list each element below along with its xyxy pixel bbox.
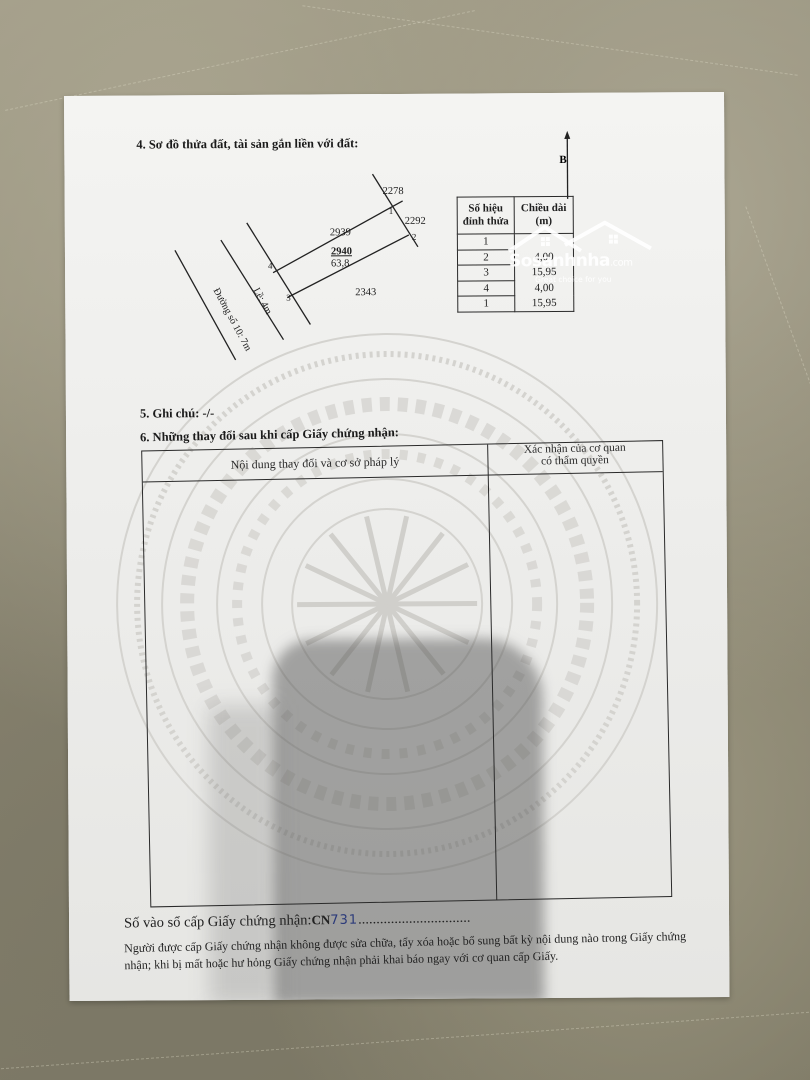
registry-handwritten-number: 731 <box>330 913 358 928</box>
registry-number-line: Số vào sổ cấp Giấy chứng nhận:CN731.....… <box>124 910 471 933</box>
neighbor-2939: 2939 <box>330 227 351 238</box>
table-row: 44,00 <box>458 280 574 296</box>
section-6-title: 6. Những thay đổi sau khi cấp Giấy chứng… <box>140 425 399 445</box>
registry-prefix: CN <box>311 912 330 927</box>
fabric-seam <box>745 206 810 394</box>
header-length: Chiều dài (m) <box>514 196 573 233</box>
north-arrow-icon: B <box>559 131 579 201</box>
registry-dots: ............................... <box>358 910 471 928</box>
certificate-page: 4. Sơ đồ thửa đất, tài sản gắn liền với … <box>64 92 730 1001</box>
table-row: 24,00 <box>457 249 573 265</box>
neighbor-2343: 2343 <box>355 287 376 298</box>
parcel-number: 2940 <box>331 246 352 257</box>
north-label: B <box>559 154 567 166</box>
sidewalk-label: Lề: 4m <box>251 286 274 317</box>
header-vertex: Số hiệu đỉnh thửa <box>457 197 514 234</box>
vertex-3: 3 <box>286 293 291 303</box>
registry-label: Số vào sổ cấp Giấy chứng nhận: <box>124 912 312 931</box>
changes-table: Nội dung thay đổi và cơ sở pháp lý Xác n… <box>141 440 672 907</box>
parcel-area: 63,8 <box>331 258 349 269</box>
table-row: 315,95 <box>458 264 574 280</box>
vertex-1: 1 <box>389 206 394 216</box>
table-row: 1 <box>457 233 573 249</box>
vertex-2: 2 <box>412 232 417 242</box>
neighbor-2278: 2278 <box>383 186 404 197</box>
column-divider <box>487 445 497 900</box>
road-label: Đường số 10: 7m <box>211 286 254 353</box>
header-authority-confirmation: Xác nhận của cơ quan có thẩm quyền <box>487 441 662 469</box>
table-row: 115,95 <box>458 295 574 311</box>
neighbor-2292: 2292 <box>405 216 426 227</box>
section-5-title: 5. Ghi chú: -/- <box>140 406 214 421</box>
logo-domain: .com <box>610 258 633 269</box>
fabric-seam <box>302 5 797 76</box>
vertex-length-table: Số hiệu đỉnh thửa Chiều dài (m) 1 24,00 … <box>457 196 575 312</box>
fabric-seam <box>1 1012 809 1070</box>
vertex-4: 4 <box>268 261 273 271</box>
